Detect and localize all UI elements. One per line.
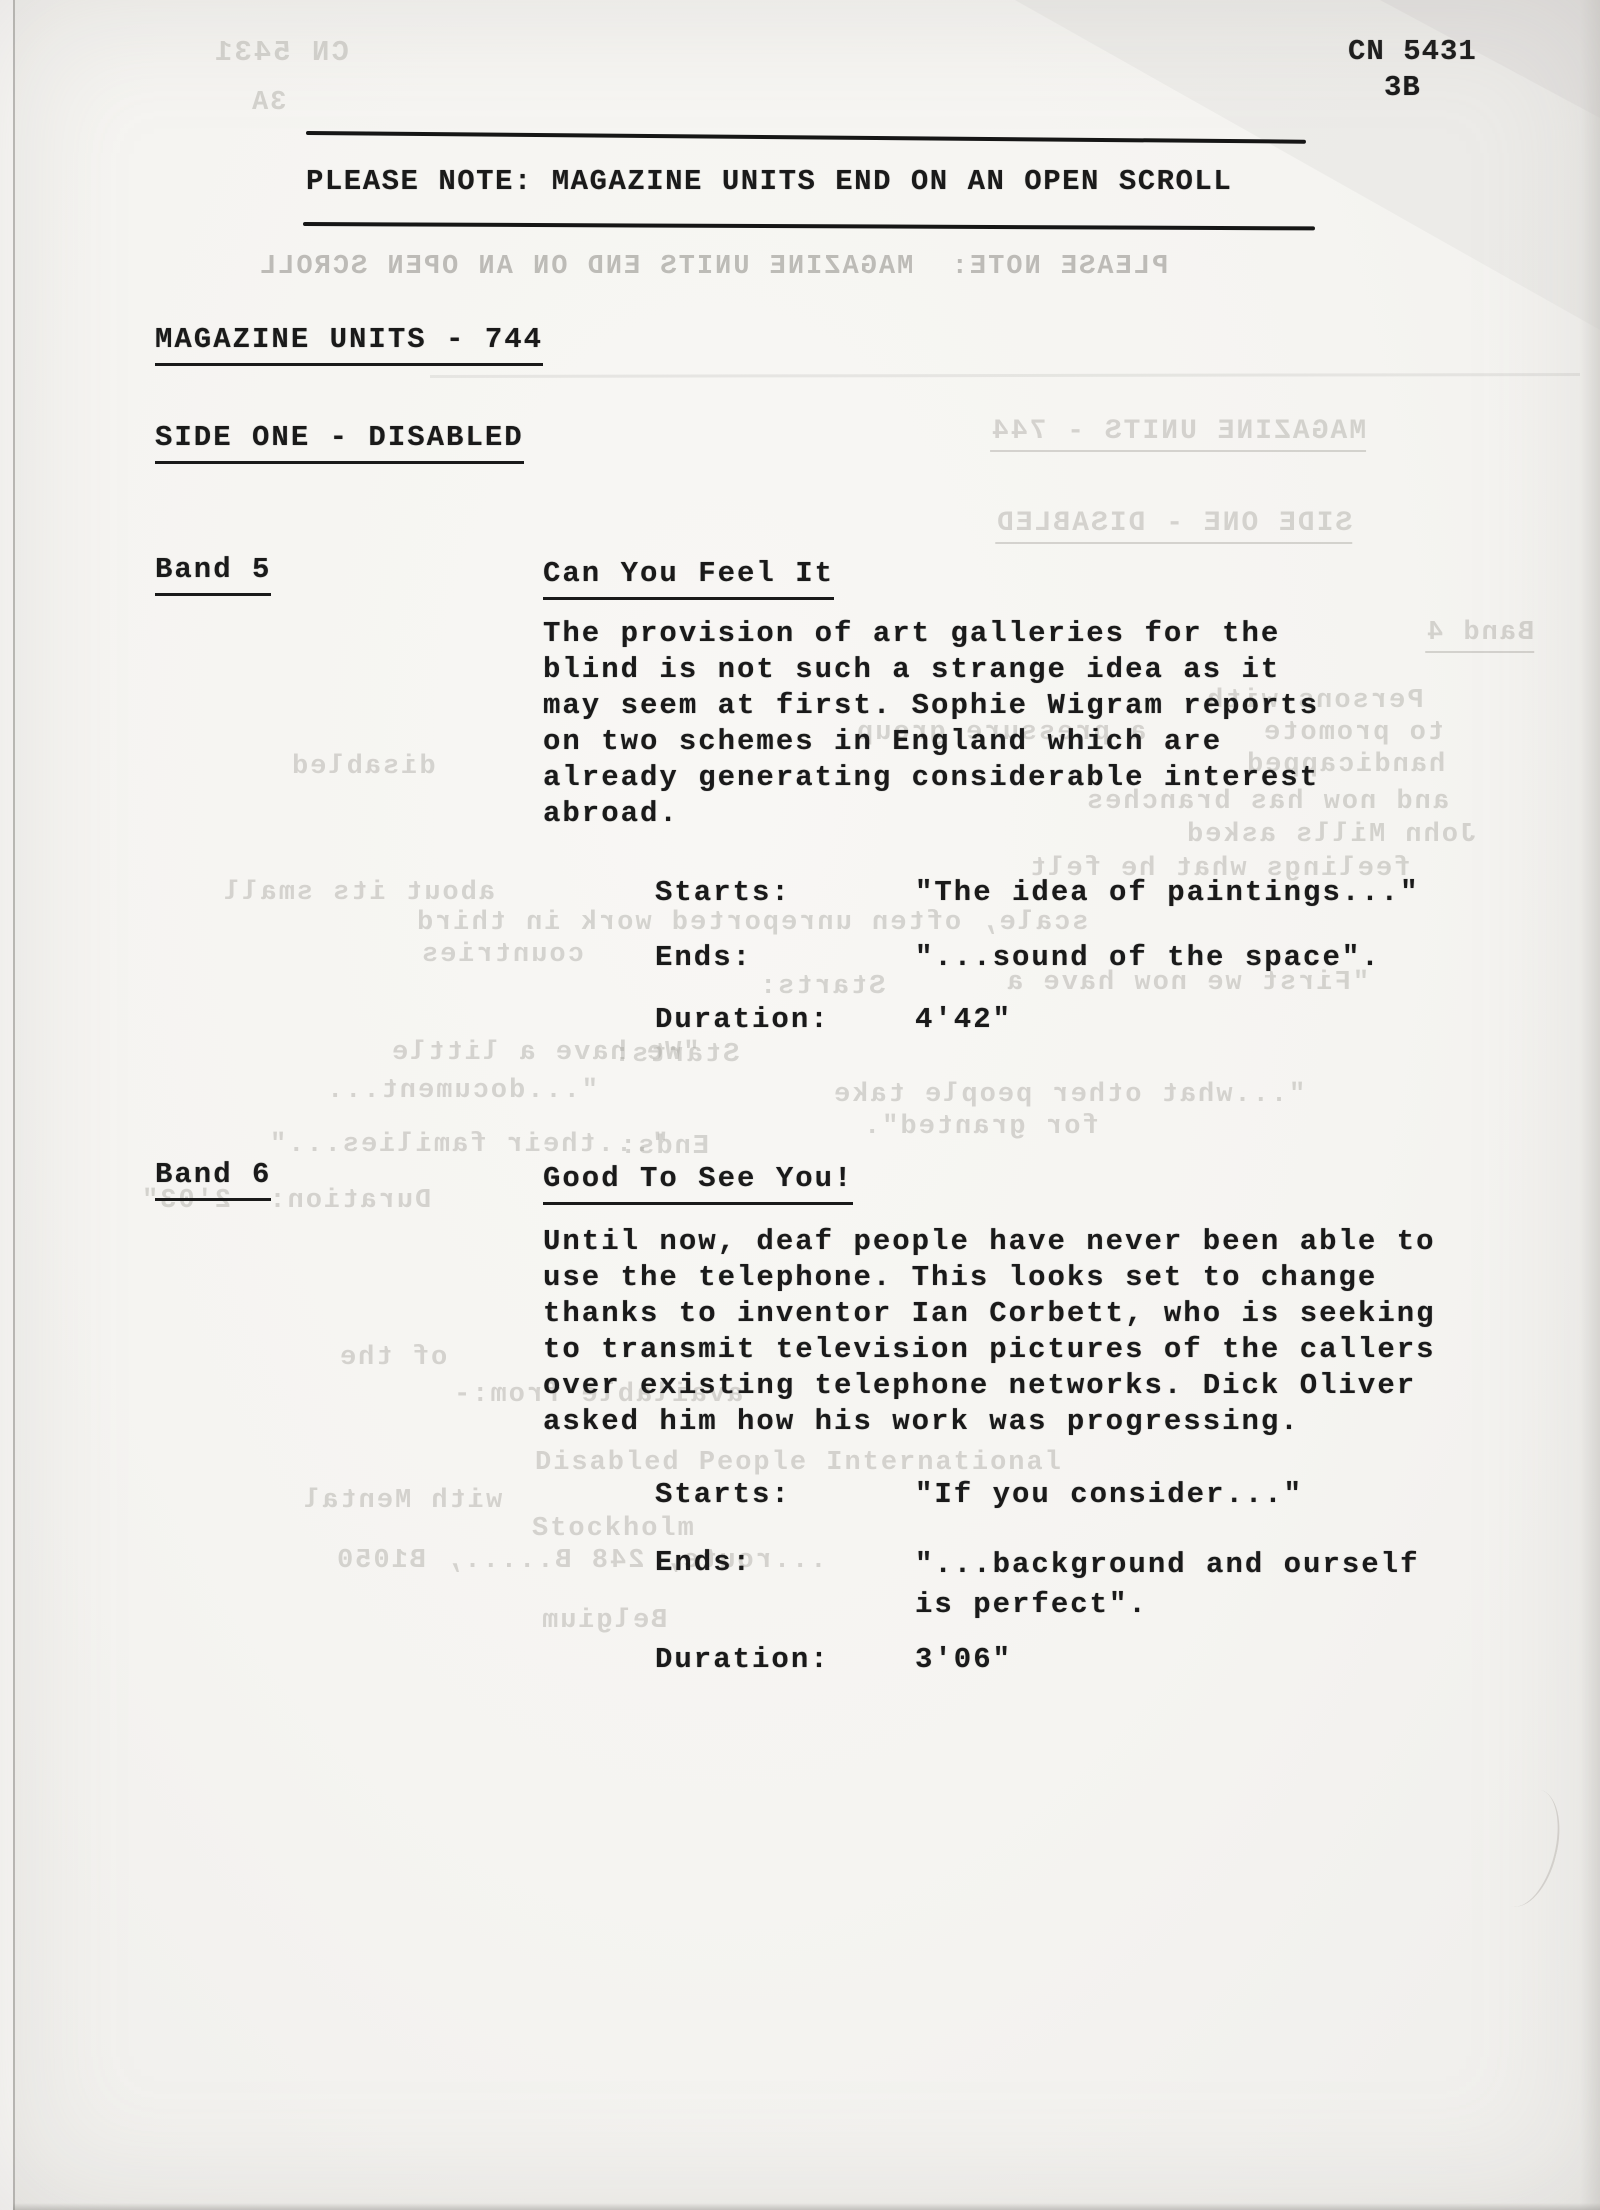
paper-crease-line xyxy=(13,0,15,2210)
paper-left-margin xyxy=(0,0,13,2210)
starts-value: "If you consider..." xyxy=(915,1477,1303,1513)
ends-label: Ends: xyxy=(655,1545,752,1581)
bleedthrough-text: disabled xyxy=(290,752,436,782)
bleedthrough-text: "...document... xyxy=(325,1076,598,1106)
bleedthrough-text: Starts: xyxy=(612,1040,739,1070)
bleedthrough-text: about its small xyxy=(222,878,495,908)
duration-label: Duration: xyxy=(655,1002,830,1038)
duration-label: Duration: xyxy=(655,1642,830,1678)
bleedthrough-text: Stockholm xyxy=(532,1514,696,1544)
band-description: The provision of art galleries for the b… xyxy=(543,616,1383,832)
bleedthrough-text: countries xyxy=(420,940,584,970)
bleedthrough-text: Band 4 xyxy=(1425,618,1534,653)
document-reference-number: CN 5431 xyxy=(1348,34,1477,70)
bleedthrough-text: Ends: xyxy=(618,1132,709,1162)
starts-value: "The idea of paintings..." xyxy=(915,875,1419,911)
bleedthrough-text: for granted". xyxy=(862,1112,1099,1142)
starts-label: Starts: xyxy=(655,1477,791,1513)
ends-label: Ends: xyxy=(655,940,752,976)
pencil-mark xyxy=(1481,1782,1570,1913)
bleedthrough-text: of the xyxy=(338,1343,447,1373)
band-label: Band 5 xyxy=(155,552,271,596)
paper-right-edge xyxy=(1580,0,1600,2210)
band-label: Band 6 xyxy=(155,1157,271,1201)
bleedthrough-text: CN 5431 xyxy=(213,36,349,69)
notice-bottom-rule xyxy=(303,222,1315,230)
notice-top-rule xyxy=(306,131,1306,144)
paper-bottom-edge xyxy=(0,2203,1600,2210)
bleedthrough-text: 3A xyxy=(250,88,286,118)
bleedthrough-text: SIDE ONE - DISABLED xyxy=(995,508,1352,544)
starts-label: Starts: xyxy=(655,875,791,911)
duration-value: 4'42" xyxy=(915,1002,1012,1038)
band-title: Can You Feel It xyxy=(543,556,834,600)
ends-value: "...sound of the space". xyxy=(915,940,1381,976)
bleedthrough-text: Belgium xyxy=(540,1606,667,1636)
page-code: 3B xyxy=(1384,70,1421,106)
bleedthrough-text: Disabled People International xyxy=(535,1448,1063,1478)
bleedthrough-text: scale, often unreported work in third xyxy=(415,908,1089,938)
bleedthrough-text: "...what other people take xyxy=(832,1080,1305,1110)
duration-value: 3'06" xyxy=(915,1642,1012,1678)
ends-value: "...background and ourself is perfect". xyxy=(915,1545,1419,1625)
band-title: Good To See You! xyxy=(543,1161,853,1205)
bleedthrough-text: MAGAZINE UNITS - 744 xyxy=(990,416,1366,452)
bleedthrough-text: ...route, 248 B....., B1050 xyxy=(335,1546,826,1576)
notice-text: PLEASE NOTE: MAGAZINE UNITS END ON AN OP… xyxy=(306,164,1232,200)
page-title: MAGAZINE UNITS - 744 xyxy=(155,322,543,366)
side-heading: SIDE ONE - DISABLED xyxy=(155,420,524,464)
paper-horizontal-crease xyxy=(430,373,1580,378)
band-description: Until now, deaf people have never been a… xyxy=(543,1224,1483,1440)
bleedthrough-text: "...their families..." xyxy=(268,1130,668,1160)
bleedthrough-text: PLEASE NOTE: MAGAZINE UNITS END ON AN OP… xyxy=(258,252,1168,282)
bleedthrough-text: Starts: xyxy=(758,972,885,1002)
scanned-document-page: { "doc": { "ref_number": "CN 5431", "pag… xyxy=(0,0,1600,2210)
bleedthrough-text: with Mental xyxy=(302,1486,502,1516)
